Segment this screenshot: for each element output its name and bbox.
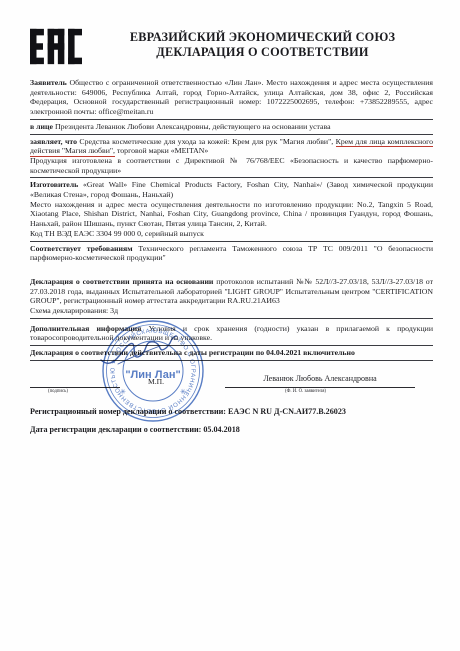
additional-info-label: Дополнительная информация — [30, 324, 141, 333]
basis-label: Декларация о соответствии принята на осн… — [30, 277, 213, 286]
eac-mark-icon — [30, 26, 92, 70]
declares-text-after: торговой марки «MEITAN» — [115, 146, 208, 155]
declares-text-before: Средства косметические для ухода за коже… — [79, 137, 335, 146]
section-additional-info: Дополнительная информация Условия и срок… — [30, 322, 433, 346]
document-header: ЕВРАЗИЙСКИЙ ЭКОНОМИЧЕСКИЙ СОЮЗ ДЕКЛАРАЦИ… — [30, 26, 433, 70]
section-basis: Декларация о соответствии принята на осн… — [30, 275, 433, 319]
registration-date-line: Дата регистрации декларации о соответств… — [30, 425, 433, 434]
signer-name-line — [225, 387, 415, 388]
section-validity: Декларация о соответствии действительна … — [30, 346, 433, 361]
section-complies: Соответствует требованиям Технического р… — [30, 242, 433, 271]
declares-label: заявляет, что — [30, 137, 77, 146]
signer-name: Леванюк Любовь Александровна — [225, 374, 415, 383]
manufacturer-text: «Great Wall» Fine Chemical Products Fact… — [30, 180, 433, 199]
signer-name-caption: (Ф. И. О. заявителя) — [285, 389, 326, 394]
registration-number-value: ЕАЭС N RU Д-CN.АИ77.В.26023 — [228, 407, 346, 416]
registration-date-value: 05.04.2018 — [203, 425, 239, 434]
applicant-label: Заявитель — [30, 78, 67, 87]
section-represented-by: в лице Президента Леванюк Любови Алексан… — [30, 120, 433, 135]
applicant-text: Общество с ограниченной ответственностью… — [30, 78, 433, 116]
stamp-place-label: М.П. — [148, 377, 164, 386]
section-applicant: Заявитель Общество с ограниченной ответс… — [30, 76, 433, 120]
manufacturer-address: Место нахождения и адрес места осуществл… — [30, 200, 433, 229]
declaration-document: ЕВРАЗИЙСКИЙ ЭКОНОМИЧЕСКИЙ СОЮЗ ДЕКЛАРАЦИ… — [0, 0, 460, 651]
declaration-scheme-line: Схема декларирования: 3д — [30, 306, 433, 316]
section-manufacturer: Изготовитель «Great Wall» Fine Chemical … — [30, 178, 433, 241]
registration-number-line: Регистрационный номер декларации о соотв… — [30, 407, 433, 416]
manufacturer-label: Изготовитель — [30, 180, 78, 189]
signature-block: (подпись) М.П. Леванюк Любовь Александро… — [30, 368, 433, 398]
customs-code-line: Код ТН ВЭД ЕАЭС 3304 99 000 0, серийный … — [30, 229, 433, 239]
title-line-1: ЕВРАЗИЙСКИЙ ЭКОНОМИЧЕСКИЙ СОЮЗ — [92, 30, 433, 45]
declares-production-text: Продукция изготовлена в соответствии с Д… — [30, 156, 433, 175]
signature-caption: (подпись) — [48, 389, 68, 394]
registration-date-label: Дата регистрации декларации о соответств… — [30, 425, 201, 434]
signature-line — [30, 387, 120, 388]
registration-number-label: Регистрационный номер декларации о соотв… — [30, 407, 226, 416]
complies-label: Соответствует требованиям — [30, 244, 133, 253]
validity-text: Декларация о соответствии действительна … — [30, 348, 433, 358]
section-declares: заявляет, что Средства косметические для… — [30, 135, 433, 179]
represented-by-label: в лице — [30, 122, 53, 131]
document-title: ЕВРАЗИЙСКИЙ ЭКОНОМИЧЕСКИЙ СОЮЗ ДЕКЛАРАЦИ… — [92, 26, 433, 59]
title-line-2: ДЕКЛАРАЦИЯ О СООТВЕТСТВИИ — [92, 45, 433, 60]
represented-by-text: Президента Леванюк Любови Александровны,… — [55, 122, 331, 131]
